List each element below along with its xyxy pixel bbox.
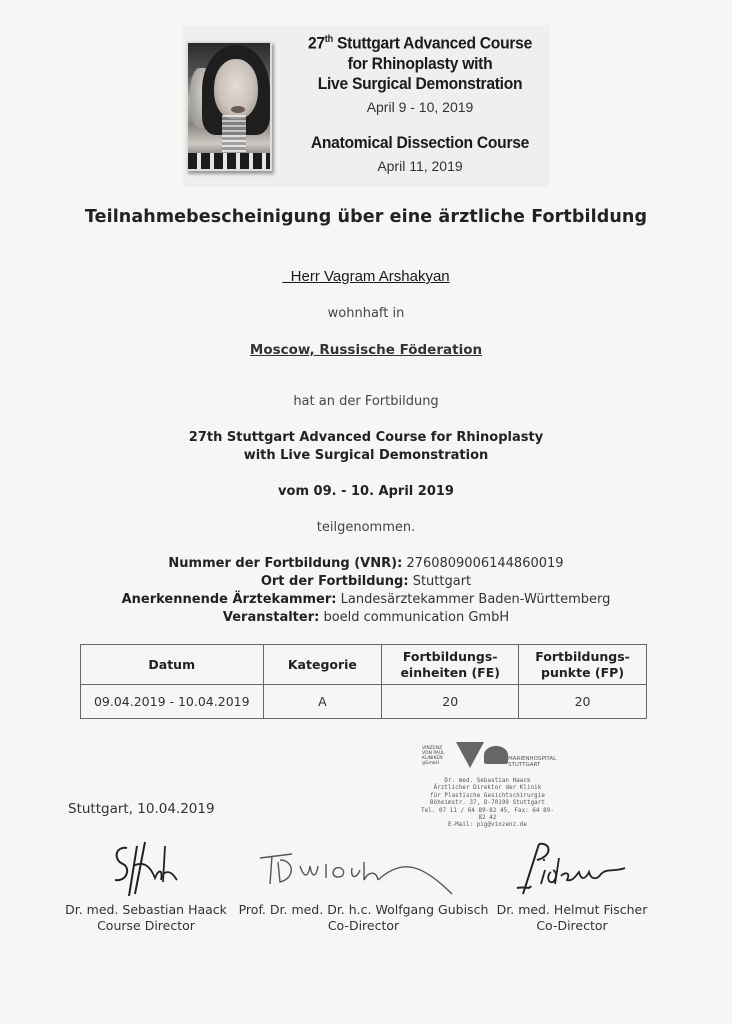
attended-label: hat an der Fortbildung bbox=[0, 394, 732, 409]
header-fe-line2: einheiten (FE) bbox=[400, 665, 500, 680]
table-row: 09.04.2019 - 10.04.2019 A 20 20 bbox=[81, 685, 647, 719]
participated-label: teilgenommen. bbox=[0, 520, 732, 535]
certificate-page: 27th Stuttgart Advanced Course for Rhino… bbox=[0, 0, 732, 1024]
signer-name: Dr. med. Sebastian Haack bbox=[56, 902, 236, 918]
banner-dissection-title: Anatomical Dissection Course bbox=[300, 133, 539, 153]
course-name-line1: 27th Stuttgart Advanced Course for Rhino… bbox=[0, 429, 732, 447]
portrait-strip bbox=[188, 153, 270, 169]
detail-label: Anerkennende Ärztekammer: bbox=[122, 592, 337, 607]
detail-location: Ort der Fortbildung: Stuttgart bbox=[0, 573, 732, 591]
signature-haack bbox=[105, 838, 185, 898]
cell-kategorie: A bbox=[263, 685, 382, 719]
participant-location: Moscow, Russische Föderation bbox=[0, 342, 732, 358]
detail-value: Landesärztekammer Baden-Württemberg bbox=[337, 592, 611, 607]
table-header-row: Datum Kategorie Fortbildungs-einheiten (… bbox=[81, 645, 647, 685]
signer-role: Co-Director bbox=[492, 918, 652, 934]
credits-table: Datum Kategorie Fortbildungs-einheiten (… bbox=[80, 644, 647, 719]
detail-label: Veranstalter: bbox=[223, 610, 319, 625]
portrait-mouth bbox=[231, 106, 245, 113]
stamp-hospital-name: MARIENHOSPITAL STUTTGART bbox=[508, 756, 558, 768]
stamp-address: Dr. med. Sebastian Haack Ärztlicher Dire… bbox=[420, 778, 555, 830]
course-ordinal: 27 bbox=[308, 34, 325, 53]
cell-fp: 20 bbox=[519, 685, 647, 719]
detail-vnr: Nummer der Fortbildung (VNR): 2760809006… bbox=[0, 555, 732, 573]
cell-datum: 09.04.2019 - 10.04.2019 bbox=[81, 685, 264, 719]
stamp-logos: VINZENZ VON PAUL KLINIKEN gGmbH MARIENHO… bbox=[420, 742, 555, 776]
stamp-org-text: VINZENZ VON PAUL KLINIKEN gGmbH bbox=[422, 746, 448, 766]
signature-gubisch bbox=[252, 838, 462, 898]
detail-value: boeld communication GmbH bbox=[319, 610, 509, 625]
stamp-line: für Plastische Gesichtschirurgie bbox=[420, 793, 555, 800]
signature-fischer-icon bbox=[515, 838, 630, 898]
detail-label: Ort der Fortbildung: bbox=[261, 574, 409, 589]
signer-haack: Dr. med. Sebastian Haack Course Director bbox=[56, 902, 236, 934]
header-fp-line1: Fortbildungs- bbox=[535, 649, 630, 664]
banner-course-dates: April 9 - 10, 2019 bbox=[290, 98, 550, 116]
detail-label: Nummer der Fortbildung (VNR): bbox=[168, 556, 402, 571]
document-title: Teilnahmebescheinigung über eine ärztlic… bbox=[0, 207, 732, 227]
marienhospital-logo-icon bbox=[484, 746, 508, 764]
course-title-line3: Live Surgical Demonstration bbox=[318, 74, 523, 93]
header-datum: Datum bbox=[81, 645, 264, 685]
signer-fischer: Dr. med. Helmut Fischer Co-Director bbox=[492, 902, 652, 934]
header-fe: Fortbildungs-einheiten (FE) bbox=[382, 645, 519, 685]
banner-dissection-date: April 11, 2019 bbox=[290, 157, 550, 175]
course-name: 27th Stuttgart Advanced Course for Rhino… bbox=[0, 429, 732, 465]
signer-name: Prof. Dr. med. Dr. h.c. Wolfgang Gubisch bbox=[236, 902, 491, 918]
signer-name: Dr. med. Helmut Fischer bbox=[492, 902, 652, 918]
signature-fischer bbox=[515, 838, 630, 898]
course-portrait-image bbox=[186, 41, 272, 171]
signature-haack-icon bbox=[105, 838, 185, 898]
hospital-stamp: VINZENZ VON PAUL KLINIKEN gGmbH MARIENHO… bbox=[420, 742, 555, 830]
signer-role: Co-Director bbox=[236, 918, 491, 934]
stamp-line: Ärztlicher Direktor der Klinik bbox=[420, 785, 555, 792]
course-details: Nummer der Fortbildung (VNR): 2760809006… bbox=[0, 555, 732, 627]
header-fp: Fortbildungs-punkte (FP) bbox=[519, 645, 647, 685]
place-and-date: Stuttgart, 10.04.2019 bbox=[68, 801, 215, 817]
header-kategorie: Kategorie bbox=[263, 645, 382, 685]
participant-name-text: Herr Vagram Arshakyan bbox=[282, 268, 449, 285]
signer-role: Course Director bbox=[56, 918, 236, 934]
course-title-line1: Stuttgart Advanced Course bbox=[333, 34, 532, 53]
stamp-line: Tel. 07 11 / 64 89-82 45, Fax: 64 89-82 … bbox=[420, 808, 555, 823]
signer-gubisch: Prof. Dr. med. Dr. h.c. Wolfgang Gubisch… bbox=[236, 902, 491, 934]
vinzenz-logo-icon bbox=[456, 742, 484, 768]
stamp-line: Böheimstr. 37, D-70199 Stuttgart bbox=[420, 800, 555, 807]
portrait-instrument bbox=[222, 115, 246, 155]
signature-gubisch-icon bbox=[252, 838, 462, 898]
detail-organizer: Veranstalter: boeld communication GmbH bbox=[0, 609, 732, 627]
header-fe-line1: Fortbildungs- bbox=[403, 649, 498, 664]
detail-value: 2760809006144860019 bbox=[402, 556, 563, 571]
header-fp-line2: punkte (FP) bbox=[541, 665, 624, 680]
participant-name: Herr Vagram Arshakyan bbox=[0, 268, 732, 285]
detail-value: Stuttgart bbox=[409, 574, 472, 589]
course-date-range: vom 09. - 10. April 2019 bbox=[0, 484, 732, 499]
banner-course-title: 27th Stuttgart Advanced Course for Rhino… bbox=[300, 30, 539, 94]
detail-chamber: Anerkennende Ärztekammer: Landesärztekam… bbox=[0, 591, 732, 609]
stamp-line: E-Mail: pig@vinzenz.de bbox=[420, 822, 555, 829]
course-name-line2: with Live Surgical Demonstration bbox=[0, 447, 732, 465]
cell-fe: 20 bbox=[382, 685, 519, 719]
course-title-line2: for Rhinoplasty with bbox=[348, 54, 493, 73]
banner-text: 27th Stuttgart Advanced Course for Rhino… bbox=[290, 30, 550, 175]
resident-label: wohnhaft in bbox=[0, 306, 732, 321]
